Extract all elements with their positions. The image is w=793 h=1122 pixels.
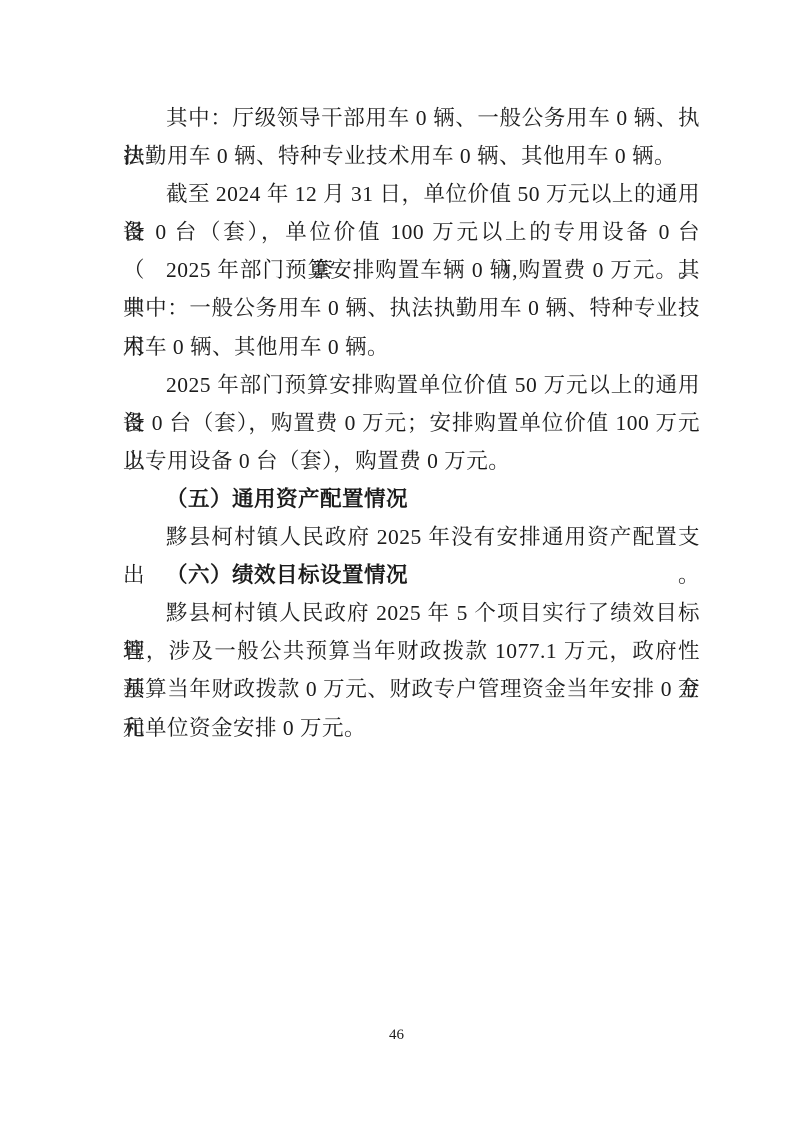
body-line: 执勤用车 0 辆、特种专业技术用车 0 辆、其他用车 0 辆。 (123, 137, 700, 175)
document-page: 其中：厅级领导干部用车 0 辆、一般公务用车 0 辆、执法 执勤用车 0 辆、特… (0, 0, 793, 1122)
section-heading-5: （五）通用资产配置情况 (123, 480, 700, 518)
body-line: 和单位资金安排 0 万元。 (123, 709, 700, 747)
body-line: 2025 年部门预算安排购置车辆 0 辆,购置费 0 万元。其中： (123, 251, 700, 289)
body-line: 其中：一般公务用车 0 辆、执法执勤用车 0 辆、特种专业技术 (123, 289, 700, 327)
body-line: 用车 0 辆、其他用车 0 辆。 (123, 328, 700, 366)
body-line: 备 0 台（套），单位价值 100 万元以上的专用设备 0 台（套）。 (123, 213, 700, 251)
body-line: 截至 2024 年 12 月 31 日，单位价值 50 万元以上的通用设 (123, 175, 700, 213)
body-line: 黟县柯村镇人民政府 2025 年没有安排通用资产配置支出。 (123, 518, 700, 556)
document-body: 其中：厅级领导干部用车 0 辆、一般公务用车 0 辆、执法 执勤用车 0 辆、特… (123, 99, 700, 747)
body-line: 黟县柯村镇人民政府 2025 年 5 个项目实行了绩效目标管 (123, 594, 700, 632)
body-line: 备 0 台（套），购置费 0 万元；安排购置单位价值 100 万元以 (123, 404, 700, 442)
body-line: 预算当年财政拨款 0 万元、财政专户管理资金当年安排 0 万元 (123, 670, 700, 708)
body-line: 其中：厅级领导干部用车 0 辆、一般公务用车 0 辆、执法 (123, 99, 700, 137)
body-line: 理，涉及一般公共预算当年财政拨款 1077.1 万元，政府性基金 (123, 632, 700, 670)
page-number: 46 (0, 1024, 793, 1046)
body-line: 上专用设备 0 台（套），购置费 0 万元。 (123, 442, 700, 480)
body-line: 2025 年部门预算安排购置单位价值 50 万元以上的通用设 (123, 366, 700, 404)
